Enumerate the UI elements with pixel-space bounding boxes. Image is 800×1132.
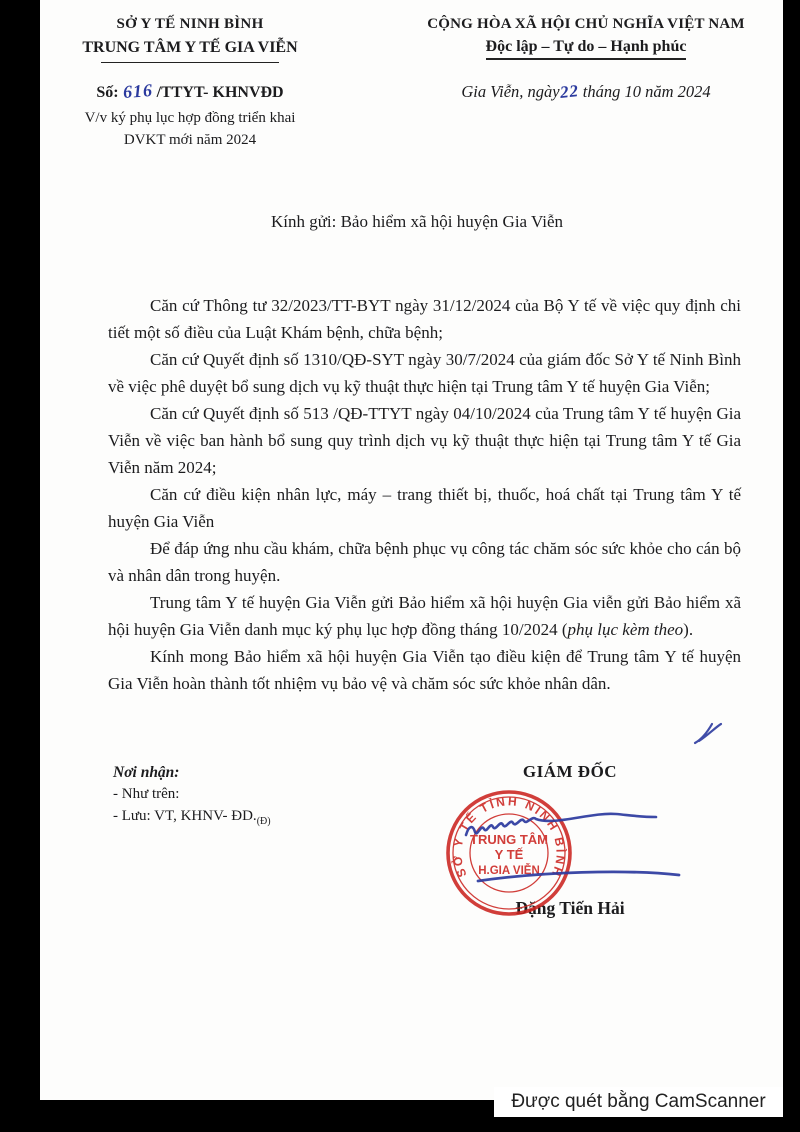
recipients-item-2-subscript: (Đ) <box>257 816 271 827</box>
date-day-handwritten: 22 <box>559 81 580 103</box>
paragraph-4: Căn cứ điều kiện nhân lực, máy – trang t… <box>108 481 741 535</box>
document-number-label: Số: <box>96 84 118 101</box>
recipient-line: Kính gửi: Bảo hiểm xã hội huyện Gia Viễn <box>100 212 734 232</box>
document-page: SỞ Y TẾ NINH BÌNH TRUNG TÂM Y TẾ GIA VIỄ… <box>40 0 783 1100</box>
national-title: CỘNG HÒA XÃ HỘI CHỦ NGHĨA VIỆT NAM <box>390 16 782 33</box>
issuer-organization: TRUNG TÂM Y TẾ GIA VIỄN <box>70 37 310 59</box>
subject-line-1: V/v ký phụ lục hợp đồng triển khai <box>70 108 310 130</box>
paragraph-5: Để đáp ứng nhu cầu khám, chữa bệnh phục … <box>108 535 741 589</box>
scanned-document-photo: { "page": { "header_left": { "dept": "SỞ… <box>0 0 800 1132</box>
recipients-list-block: Nơi nhận: - Như trên: - Lưu: VT, KHNV- Đ… <box>113 762 271 830</box>
document-number-handwritten: 616 <box>122 78 154 104</box>
stamp-center-line-1: TRUNG TÂM <box>470 832 548 847</box>
document-number-line: Số: 616 /TTYT- KHNVĐD <box>70 79 310 104</box>
recipients-item-2-text: - Lưu: VT, KHNV- ĐD. <box>113 808 257 824</box>
national-header-block: CỘNG HÒA XÃ HỘI CHỦ NGHĨA VIỆT NAM Độc l… <box>390 16 782 102</box>
document-number-suffix: /TTYT- KHNVĐD <box>157 84 284 101</box>
signer-title: GIÁM ĐỐC <box>430 762 710 782</box>
pen-flourish-mark <box>695 724 721 743</box>
place-date-line: Gia Viễn, ngày22 tháng 10 năm 2024 <box>390 82 782 102</box>
stamp-center-line-3: H.GIA VIỄN <box>478 864 540 877</box>
recipients-item-1: - Như trên: <box>113 784 271 806</box>
camscanner-watermark-text: Được quét bằng CamScanner <box>511 1091 765 1113</box>
paragraph-7: Kính mong Bảo hiểm xã hội huyện Gia Viễn… <box>108 643 741 697</box>
recipients-heading: Nơi nhận: <box>113 762 271 784</box>
national-motto: Độc lập – Tự do – Hạnh phúc <box>486 38 687 60</box>
date-prefix: Gia Viễn, ngày <box>461 82 559 101</box>
date-suffix: tháng 10 năm 2024 <box>583 82 711 101</box>
paragraph-1: Căn cứ Thông tư 32/2023/TT-BYT ngày 31/1… <box>108 292 741 346</box>
paragraph-3: Căn cứ Quyết định số 513 /QĐ-TTYT ngày 0… <box>108 400 741 481</box>
document-body: Căn cứ Thông tư 32/2023/TT-BYT ngày 31/1… <box>108 292 741 697</box>
paragraph-6-end: ). <box>683 620 693 639</box>
subject-line-2: DVKT mới năm 2024 <box>70 130 310 152</box>
paragraph-6: Trung tâm Y tế huyện Gia Viễn gửi Bảo hi… <box>108 589 741 643</box>
recipients-item-2: - Lưu: VT, KHNV- ĐD.(Đ) <box>113 806 271 830</box>
camscanner-watermark: Được quét bằng CamScanner <box>494 1087 783 1117</box>
official-red-stamp: SỞ Y TẾ TỈNH NINH BÌNH TRUNG TÂM Y TẾ H.… <box>444 788 574 918</box>
paragraph-2: Căn cứ Quyết định số 1310/QĐ-SYT ngày 30… <box>108 346 741 400</box>
issuer-underline <box>101 62 279 63</box>
issuer-block: SỞ Y TẾ NINH BÌNH TRUNG TÂM Y TẾ GIA VIỄ… <box>70 14 310 152</box>
issuer-department: SỞ Y TẾ NINH BÌNH <box>70 14 310 34</box>
stamp-center-line-2: Y TẾ <box>495 847 524 862</box>
paragraph-6-italic: phụ lục kèm theo <box>568 620 684 639</box>
